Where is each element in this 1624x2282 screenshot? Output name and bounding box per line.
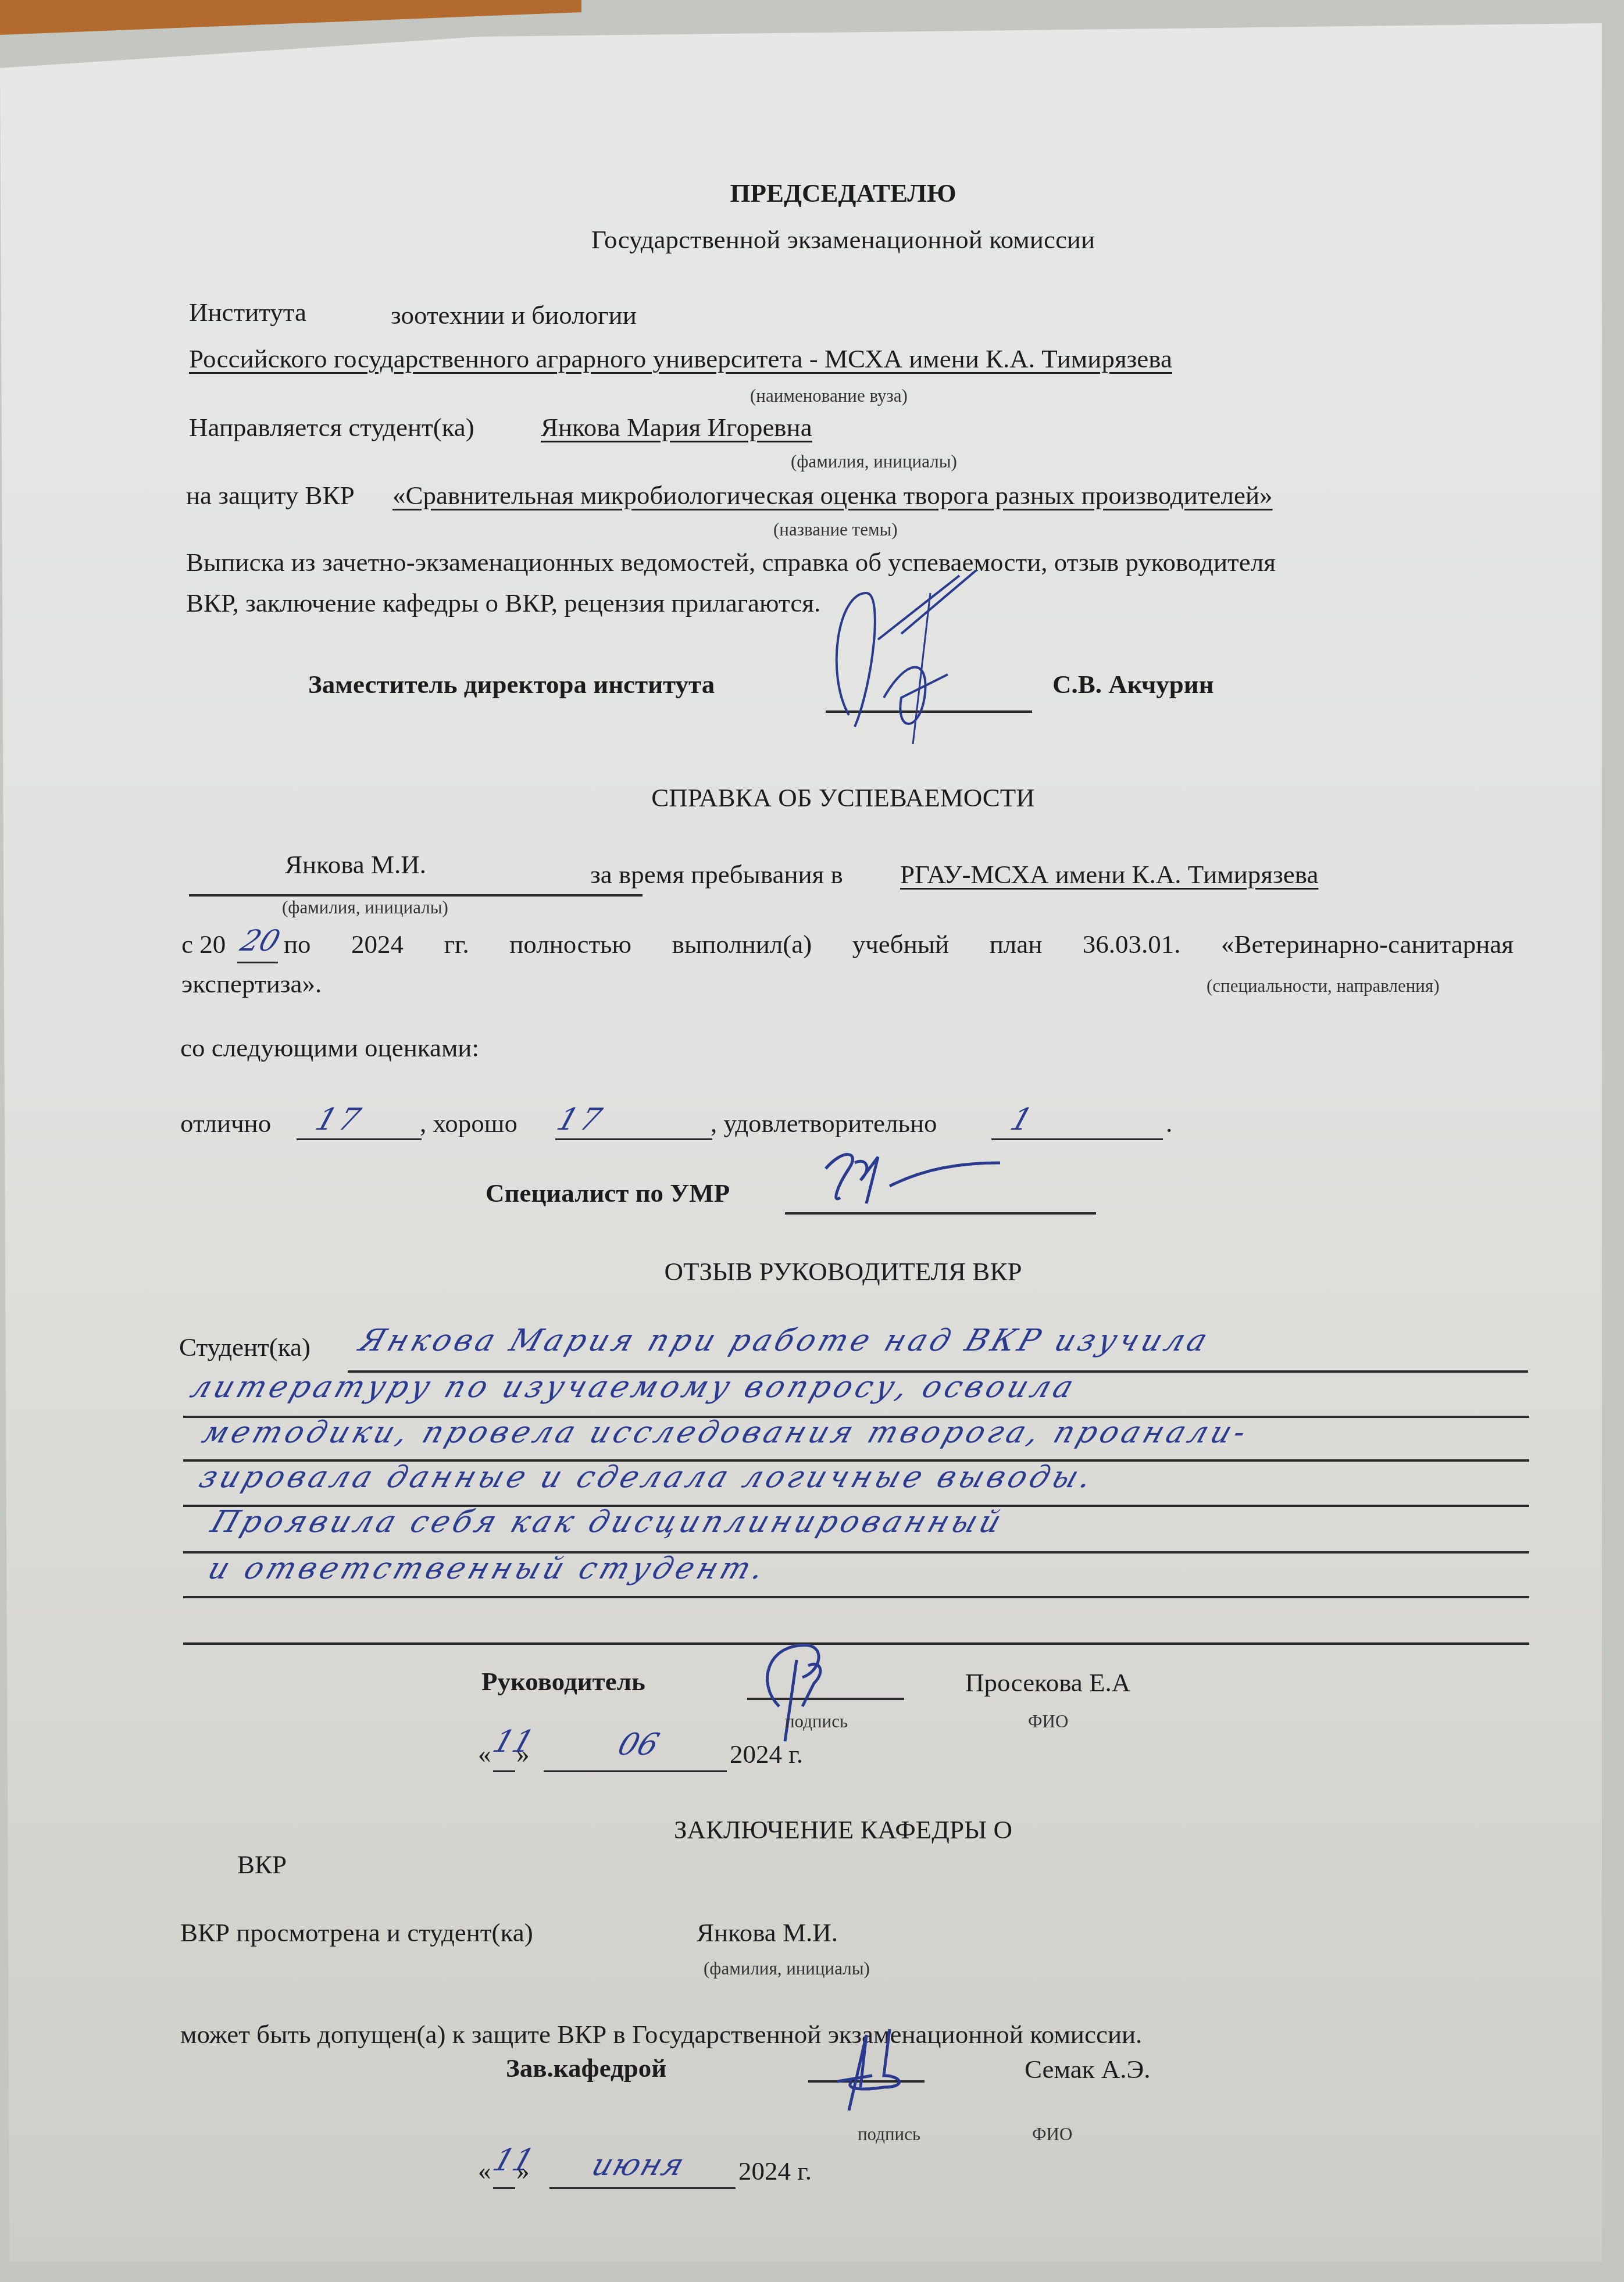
thesis-topic: «Сравнительная микробиологическая оценка… (392, 483, 1272, 509)
period-prefix: с 20 (181, 931, 226, 958)
topic-prefix: на защиту ВКР (186, 483, 355, 509)
grade-excellent-line (297, 1138, 422, 1140)
review-text-line-2: литературу по изучаемому вопросу, освоил… (187, 1372, 1081, 1402)
topic-caption: (название темы) (773, 520, 898, 538)
review-date-day: 11 (490, 1727, 538, 1757)
supervisor-name-caption: ФИО (1028, 1712, 1068, 1730)
head-name-caption: ФИО (1032, 2125, 1072, 2143)
program-caption: (специальности, направления) (1207, 977, 1440, 995)
review-date-month-line (544, 1770, 727, 1772)
supervisor-label: Руководитель (481, 1669, 645, 1695)
commission-heading: Государственной экзаменационной комиссии (0, 227, 1624, 253)
review-date-close-quote: » (516, 1741, 530, 1767)
review-line-6 (183, 1596, 1529, 1598)
review-student-label: Студент(ка) (179, 1334, 310, 1360)
head-signature-icon (826, 2023, 930, 2122)
period-text: по 2024 гг. полностью выполнил(а) учебны… (284, 931, 1514, 958)
program-end: экспертиза». (181, 971, 322, 997)
department-head-title: Зав.кафедрой (506, 2055, 666, 2081)
stay-text: за время пребывания в (590, 862, 843, 888)
student-prefix: Направляется студент(ка) (189, 415, 474, 441)
umr-signature-icon (820, 1145, 1006, 1209)
grade-good-line (555, 1138, 712, 1140)
start-year-handwritten: 20 (237, 926, 284, 955)
desk-background (0, 0, 581, 35)
supervisor-signature-caption: подпись (785, 1712, 848, 1730)
grade-good-value: 17 (554, 1105, 609, 1135)
admission-text: может быть допущен(а) к защите ВКР в Гос… (180, 2022, 1142, 2048)
supervisor-review-title: ОТЗЫВ РУКОВОДИТЕЛЯ ВКР (0, 1259, 1624, 1285)
grade-excellent-value: 17 (312, 1105, 367, 1135)
student-full-name: Янкова Мария Игоревна (541, 415, 812, 441)
certificate-student-caption: (фамилия, инициалы) (282, 898, 448, 916)
attachments-line-2: ВКР, заключение кафедры о ВКР, рецензия … (186, 590, 820, 616)
conclusion-student-name: Янкова М.И. (697, 1920, 838, 1946)
review-date-month: 06 (615, 1730, 663, 1760)
progress-certificate-title: СПРАВКА ОБ УСПЕВАЕМОСТИ (0, 785, 1624, 811)
grade-satisfactory-value: 1 (1007, 1105, 1040, 1135)
review-date-open-quote: « (478, 1741, 491, 1767)
grades-end: . (1166, 1110, 1172, 1137)
supervisor-name: Просекова Е.А (965, 1670, 1130, 1696)
institute-label: Института (189, 299, 306, 326)
grade-excellent-label: отлично (180, 1110, 271, 1137)
document-page: ПРЕДСЕДАТЕЛЮ Государственной экзаменацио… (0, 23, 1602, 2262)
certificate-student-name: Янкова М.И. (285, 852, 426, 878)
conclusion-date-year: 2024 г. (738, 2158, 812, 2184)
deputy-signature-icon (814, 570, 1000, 744)
grades-intro: со следующими оценками: (180, 1035, 479, 1061)
conclusion-date-month: июня (588, 2150, 689, 2180)
review-text-line-5: Проявила себя как дисциплинированный (208, 1507, 1008, 1537)
conclusion-student-caption: (фамилия, инициалы) (704, 1959, 870, 1977)
umr-signature-line (785, 1212, 1096, 1215)
conclusion-date-day: 11 (490, 2145, 538, 2176)
conclusion-date-close-quote: » (516, 2158, 530, 2184)
department-conclusion-title: ЗАКЛЮЧЕНИЕ КАФЕДРЫ О (0, 1817, 1624, 1843)
review-date-year: 2024 г. (730, 1741, 803, 1767)
certificate-university: РГАУ-МСХА имени К.А. Тимирязева (900, 862, 1318, 888)
review-text-line-3: методики, провела исследования творога, … (199, 1417, 1253, 1448)
review-text-line-6: и ответственный студент. (205, 1554, 772, 1584)
review-text-line-1: Янкова Мария при работе над ВКР изучила (356, 1326, 1215, 1356)
conclusion-date-month-line (549, 2187, 736, 2189)
supervisor-signature-icon (744, 1637, 861, 1753)
department-head-name: Семак А.Э. (1025, 2056, 1151, 2083)
deputy-director-name: С.В. Акчурин (1052, 672, 1214, 698)
university-caption: (наименование вуза) (750, 387, 908, 405)
attachments-line-1: Выписка из зачетно-экзаменационных ведом… (186, 549, 1276, 576)
addressee-heading: ПРЕДСЕДАТЕЛЮ (0, 180, 1624, 206)
department-conclusion-title-2: ВКР (237, 1852, 287, 1878)
review-text-line-4: зировала данные и сделала логичные вывод… (196, 1462, 1099, 1492)
review-date-day-line (493, 1770, 515, 1772)
conclusion-date-open-quote: « (478, 2158, 491, 2184)
university-name: Российского государственного аграрного у… (189, 346, 1172, 372)
reviewed-text: ВКР просмотрена и студент(ка) (180, 1920, 533, 1946)
student-name-line (189, 894, 643, 897)
umr-specialist-title: Специалист по УМР (486, 1180, 730, 1206)
start-year-line (237, 962, 278, 963)
head-signature-caption: подпись (858, 2125, 920, 2143)
deputy-director-title: Заместитель директора института (308, 672, 715, 698)
institute-name: зоотехнии и биологии (391, 302, 637, 328)
grade-good-label: , хорошо (420, 1110, 517, 1137)
conclusion-date-day-line (493, 2187, 515, 2189)
grade-satisfactory-line (991, 1138, 1163, 1140)
grade-satisfactory-label: , удовлетворительно (711, 1110, 937, 1137)
student-caption: (фамилия, инициалы) (791, 452, 957, 470)
